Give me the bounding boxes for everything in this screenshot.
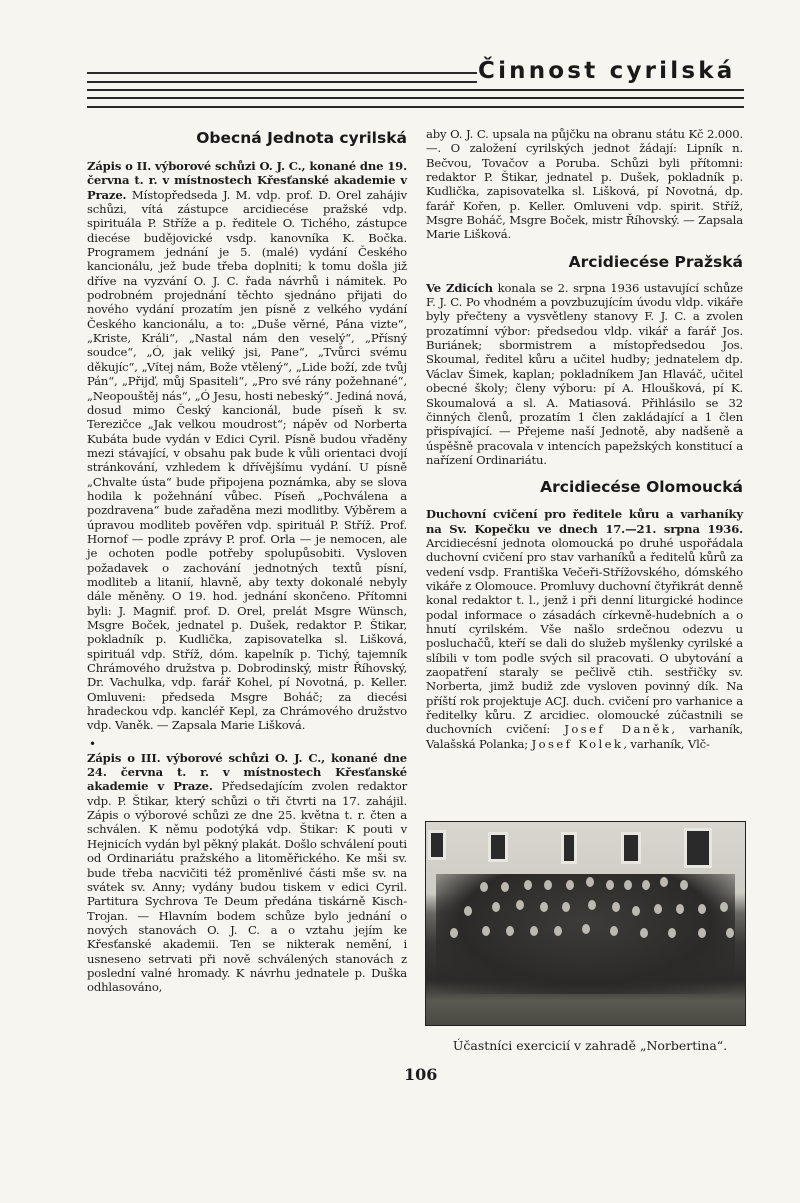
photo-window-5 <box>684 828 712 868</box>
retreat-report: Duchovní cvičení pro ředitele kůru a var… <box>426 507 743 751</box>
photo-window-3 <box>561 832 577 864</box>
group-photo <box>425 821 746 1026</box>
minutes-second-meeting: Zápis o II. výborové schůzi O. J. C., ko… <box>87 159 407 733</box>
section-heading-obecna-jednota: Obecná Jednota cyrilská <box>87 127 407 149</box>
header-rule-3 <box>87 89 744 91</box>
minutes-third-meeting: Zápis o III. výborové schůzi O. J. C., k… <box>87 751 407 995</box>
minutes-continuation: aby O. J. C. upsala na půjčku na obranu … <box>426 127 743 242</box>
section-separator-bullet: • <box>87 737 407 751</box>
retreat-report-text-c: , varhaník, Vlč- <box>623 737 709 751</box>
photo-group-of-people <box>436 874 735 994</box>
participant-name-kolek: Josef Kolek <box>532 737 624 751</box>
photo-caption: Účastníci exercicií v zahradě „Norbertin… <box>440 1038 740 1053</box>
photo-window-4 <box>621 832 641 864</box>
zdice-report-text: konala se 2. srpna 1936 ustavující schůz… <box>426 281 743 467</box>
header-rule-1 <box>87 72 477 74</box>
page-number: 106 <box>404 1065 437 1084</box>
photo-window-1 <box>428 830 446 860</box>
photo-window-2 <box>488 832 508 862</box>
zdice-report: Ve Zdicích konala se 2. srpna 1936 ustav… <box>426 281 743 467</box>
header-rule-4 <box>87 97 744 99</box>
minutes-second-meeting-text: Místopředseda J. M. vdp. prof. D. Orel z… <box>87 188 407 733</box>
retreat-report-lead: Duchovní cvičení pro ředitele kůru a var… <box>426 507 743 535</box>
zdice-report-lead: Ve Zdicích <box>426 281 493 295</box>
left-column: Obecná Jednota cyrilská Zápis o II. výbo… <box>87 127 407 995</box>
header-rule-2 <box>87 81 477 83</box>
page-title: Činnost cyrilská <box>478 58 735 84</box>
section-heading-arcidiecese-prazska: Arcidiecése Pražská <box>426 251 743 273</box>
minutes-third-meeting-text: Předsedajícím zvolen redaktor vdp. P. Št… <box>87 779 407 994</box>
header-rule-5 <box>87 106 744 108</box>
section-heading-arcidiecese-olomoucka: Arcidiecése Olomoucká <box>426 476 743 498</box>
retreat-report-text-a: Arcidiecésní jednota olomoucká po druhé … <box>426 536 743 736</box>
participant-name-danek: Josef Daněk <box>564 722 671 736</box>
right-column: aby O. J. C. upsala na půjčku na obranu … <box>426 127 743 751</box>
